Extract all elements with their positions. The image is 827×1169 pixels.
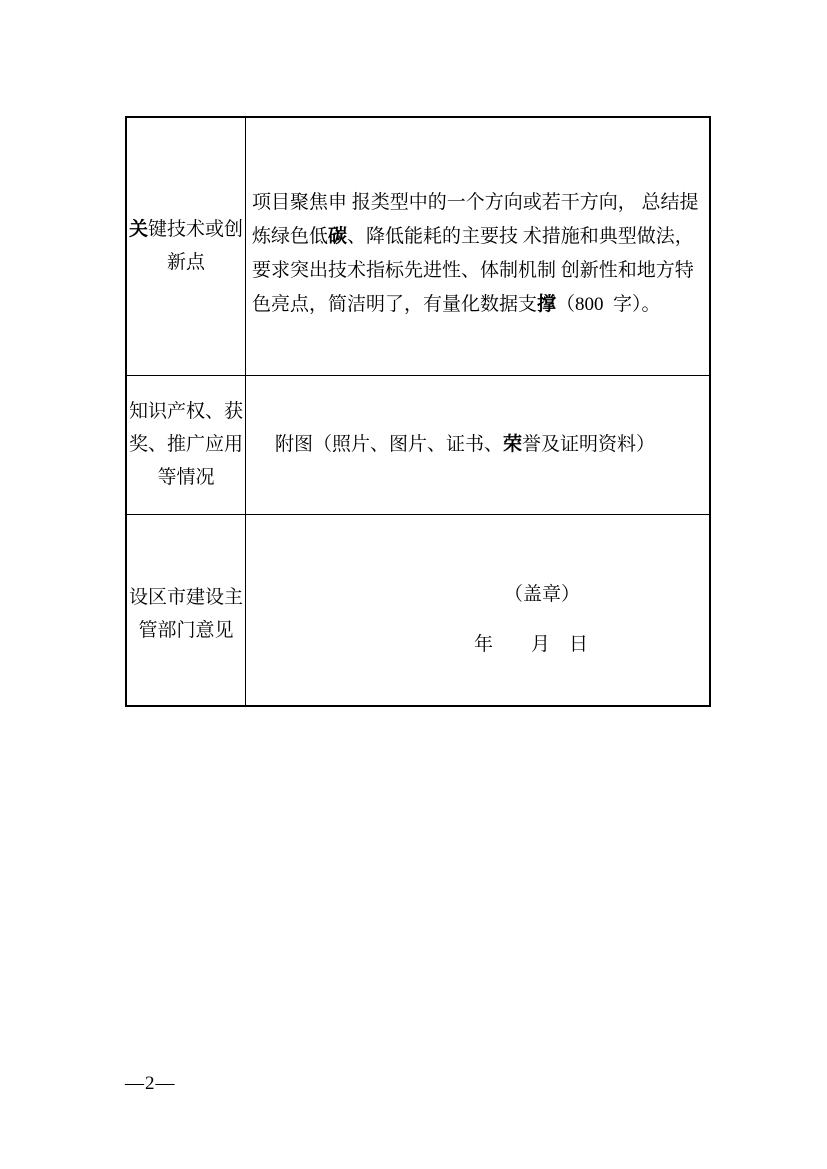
intellectual-property-label: 知识产权、获奖、推广应用等情况 — [127, 395, 245, 494]
form-table-body: 关键技术或创新点 项目聚焦申 报类型中的一个方向或若干方向， 总结提 炼绿色低碳… — [126, 117, 710, 706]
text-segment: （800 字）。 — [556, 294, 661, 315]
key-technology-content-cell: 项目聚焦申 报类型中的一个方向或若干方向， 总结提 炼绿色低碳、降低能耗的主要技… — [246, 117, 711, 375]
description-line-1: 项目聚焦申 报类型中的一个方向或若干方向， 总结提 — [252, 186, 709, 220]
text-segment: 荣 — [503, 434, 522, 455]
form-table: 关键技术或创新点 项目聚焦申 报类型中的一个方向或若干方向， 总结提 炼绿色低碳… — [125, 116, 711, 707]
text-segment: 碳 — [328, 226, 347, 247]
text-segment: 关 — [129, 219, 148, 240]
municipal-opinion-content-cell: （盖章） 年 月 日 — [246, 514, 711, 706]
document-page: 关键技术或创新点 项目聚焦申 报类型中的一个方向或若干方向， 总结提 炼绿色低碳… — [0, 0, 827, 1169]
table-row-key-technology: 关键技术或创新点 项目聚焦申 报类型中的一个方向或若干方向， 总结提 炼绿色低碳… — [126, 117, 710, 375]
text-segment: 炼绿色低 — [252, 226, 328, 247]
municipal-opinion-label-cell: 设区市建设主管部门意见 — [126, 514, 246, 706]
attachment-note: 附图（照片、图片、证书、荣誉及证明资料） — [275, 428, 709, 461]
intellectual-property-label-cell: 知识产权、获奖、推广应用等情况 — [126, 375, 246, 514]
description-line-3: 要求突出技术指标先进性、体制机制 创新性和地方特 — [252, 254, 709, 288]
intellectual-property-content-cell: 附图（照片、图片、证书、荣誉及证明资料） — [246, 375, 711, 514]
table-row-municipal-opinion: 设区市建设主管部门意见 （盖章） 年 月 日 — [126, 514, 710, 706]
text-segment: 、降低能耗的主要技 术措施和典型做法， — [347, 226, 694, 247]
page-number: —2— — [125, 1072, 176, 1096]
municipal-opinion-label: 设区市建设主管部门意见 — [127, 581, 245, 647]
text-segment: 键技术或创新点 — [148, 219, 243, 273]
text-segment: 附图（照片、图片、证书、 — [275, 434, 503, 455]
date-placeholder: 年 月 日 — [474, 628, 709, 661]
stamp-placeholder: （盖章） — [504, 578, 709, 611]
description-line-4: 色亮点，简洁明了，有量化数据支撑（800 字）。 — [252, 288, 709, 322]
key-technology-description: 项目聚焦申 报类型中的一个方向或若干方向， 总结提 炼绿色低碳、降低能耗的主要技… — [252, 186, 709, 322]
text-segment: 色亮点，简洁明了，有量化数据支 — [252, 294, 537, 315]
description-line-2: 炼绿色低碳、降低能耗的主要技 术措施和典型做法， — [252, 220, 709, 254]
text-segment: 项目聚焦申 报类型中的一个方向或若干方向， 总结提 — [252, 192, 699, 213]
text-segment: 知识产权、获奖、推广应用等情况 — [129, 401, 243, 488]
text-segment: 誉及证明资料） — [522, 434, 655, 455]
text-segment: 要求突出技术指标先进性、体制机制 创新性和地方特 — [252, 260, 694, 281]
text-segment: 设区市建设主管部门意见 — [129, 587, 243, 641]
key-technology-label-cell: 关键技术或创新点 — [126, 117, 246, 375]
key-technology-label: 关键技术或创新点 — [127, 213, 245, 279]
table-row-intellectual-property: 知识产权、获奖、推广应用等情况 附图（照片、图片、证书、荣誉及证明资料） — [126, 375, 710, 514]
text-segment: 撑 — [537, 294, 556, 315]
